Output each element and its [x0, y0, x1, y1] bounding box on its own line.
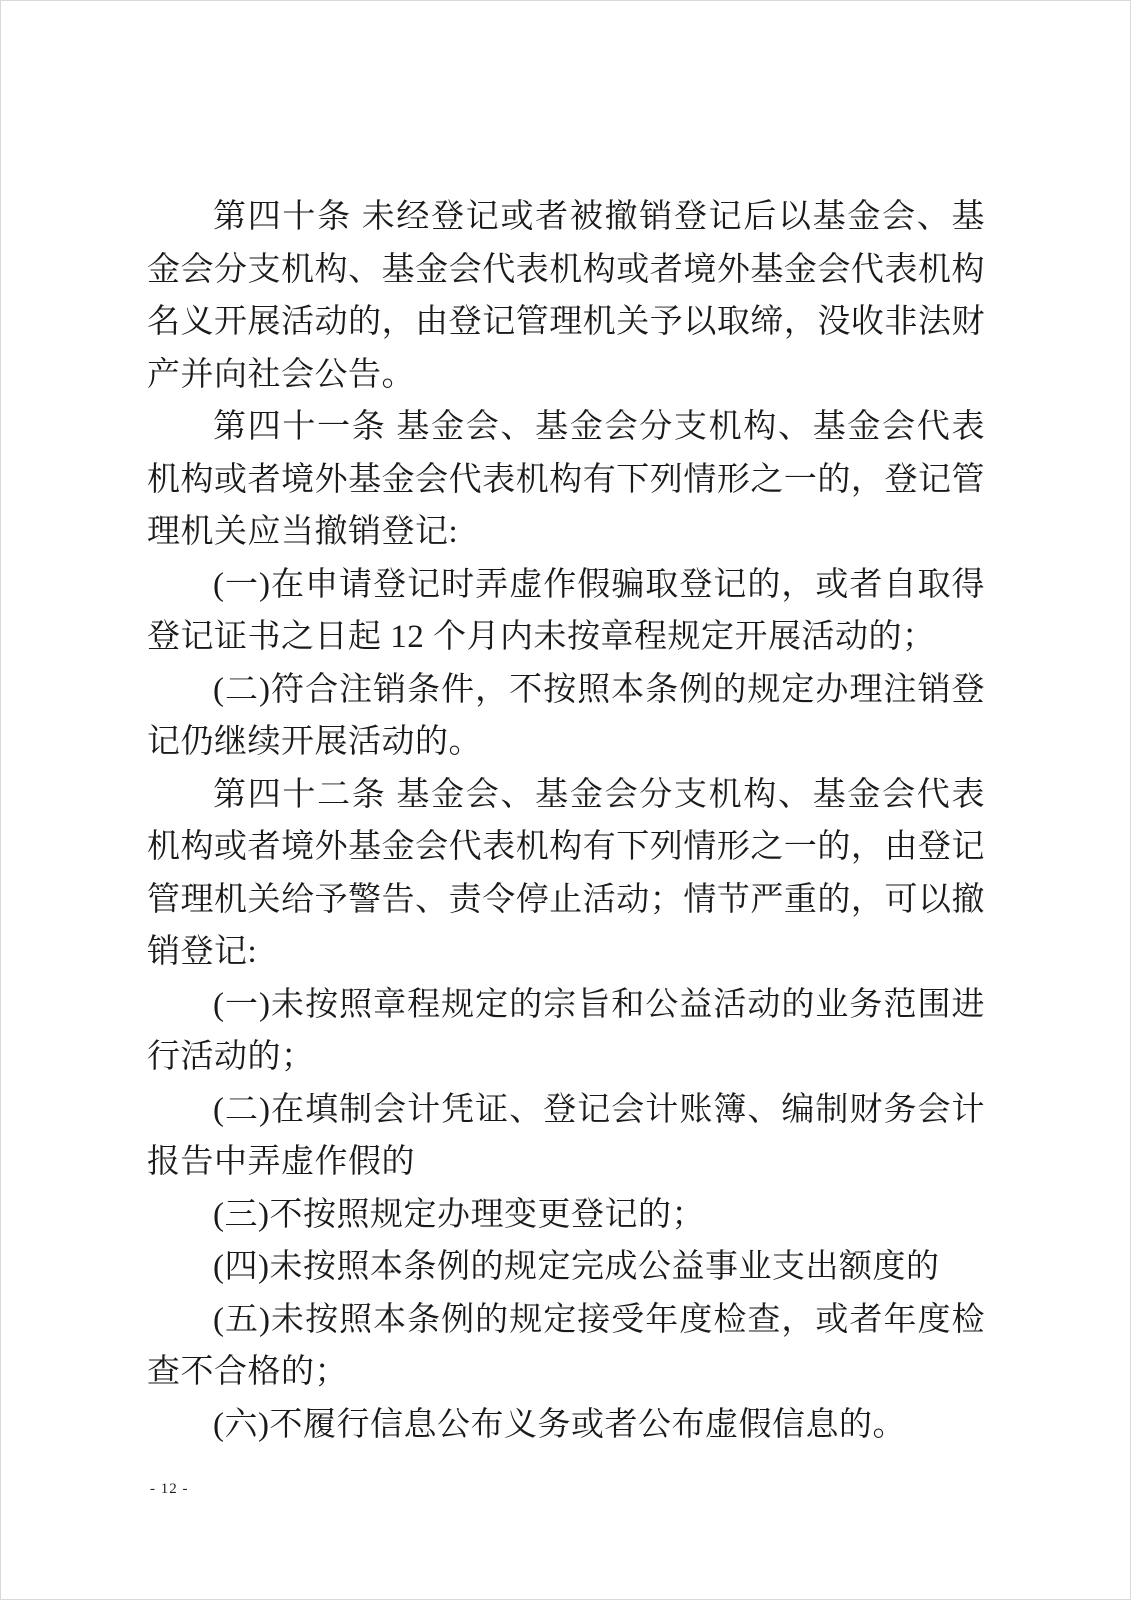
clause-42-item-3: (三)不按照规定办理变更登记的； — [147, 1189, 985, 1242]
document-page: 第四十条 未经登记或者被撤销登记后以基金会、基金会分支机构、基金会代表机构或者境… — [0, 0, 1131, 1600]
clause-42-item-6: (六)不履行信息公布义务或者公布虚假信息的。 — [147, 1399, 985, 1452]
clause-41-item-2: (二)符合注销条件，不按照本条例的规定办理注销登记仍继续开展活动的。 — [147, 664, 985, 769]
page-number: - 12 - — [150, 1481, 189, 1498]
clause-42-item-5: (五)未按照本条例的规定接受年度检查，或者年度检查不合格的； — [147, 1294, 985, 1399]
clause-42-item-1: (一)未按照章程规定的宗旨和公益活动的业务范围进行活动的； — [147, 979, 985, 1084]
paragraph-article-42: 第四十二条 基金会、基金会分支机构、基金会代表机构或者境外基金会代表机构有下列情… — [147, 769, 985, 979]
clause-41-item-1: (一)在申请登记时弄虚作假骗取登记的，或者自取得登记证书之日起 12 个月内未按… — [147, 559, 985, 664]
paragraph-article-41: 第四十一条 基金会、基金会分支机构、基金会代表机构或者境外基金会代表机构有下列情… — [147, 401, 985, 559]
clause-42-item-4: (四)未按照本条例的规定完成公益事业支出额度的 — [147, 1241, 985, 1294]
paragraph-article-40: 第四十条 未经登记或者被撤销登记后以基金会、基金会分支机构、基金会代表机构或者境… — [147, 191, 985, 401]
document-body: 第四十条 未经登记或者被撤销登记后以基金会、基金会分支机构、基金会代表机构或者境… — [147, 191, 985, 1451]
clause-42-item-2: (二)在填制会计凭证、登记会计账簿、编制财务会计报告中弄虚作假的 — [147, 1084, 985, 1189]
